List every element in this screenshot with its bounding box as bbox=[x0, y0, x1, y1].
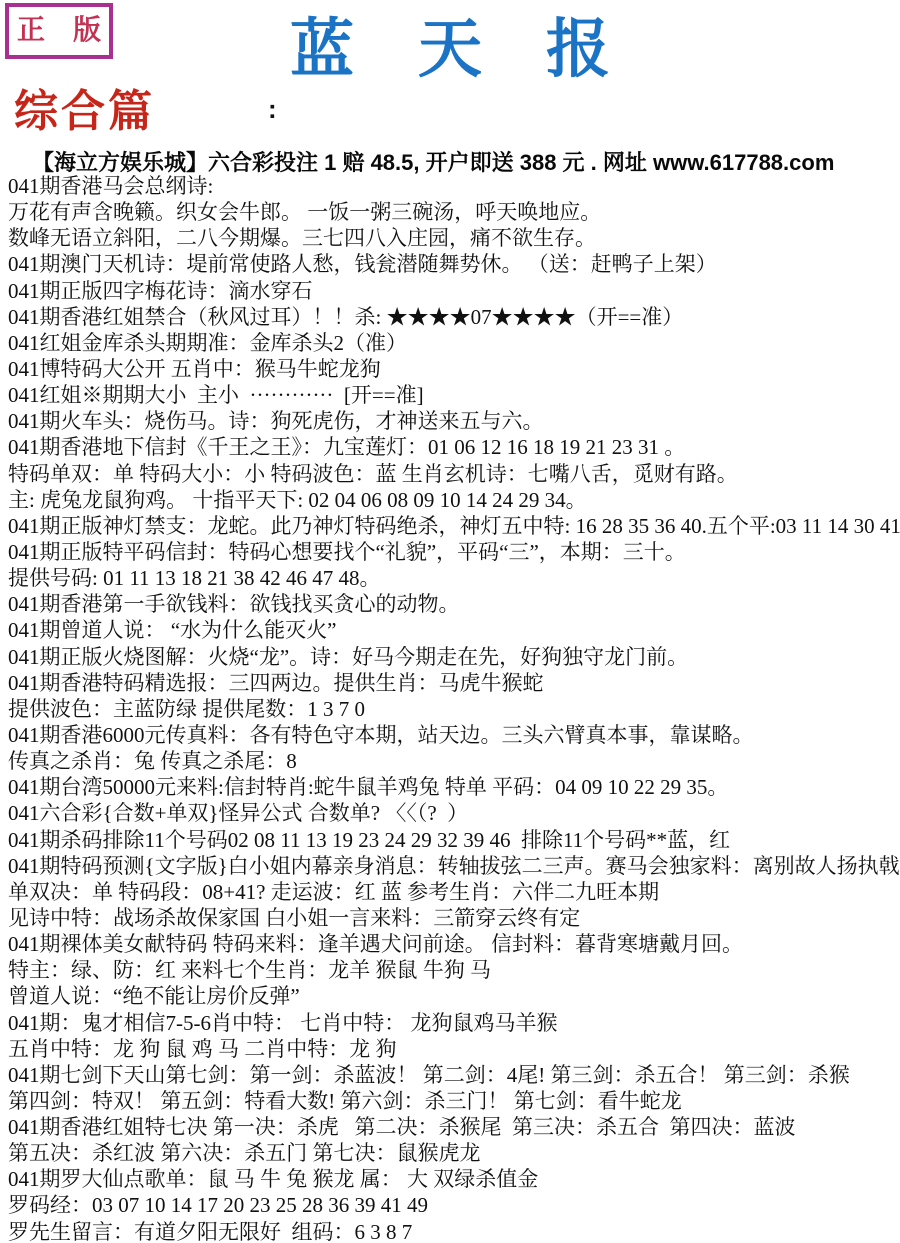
body-line-40: 罗码经：03 07 10 14 17 20 23 25 28 36 39 41 … bbox=[8, 1192, 900, 1218]
body-line-19: 041期正版火烧图解：火烧“龙”。诗：好马今期走在先，好狗独守龙门前。 bbox=[8, 644, 900, 670]
body-line-23: 传真之杀肖：兔 传真之杀尾：8 bbox=[8, 748, 900, 774]
newspaper-page: 正 版 蓝 天 报 综合篇 : 【海立方娱乐城】六合彩投注 1 赔 48.5, … bbox=[0, 0, 900, 1243]
body-line-25: 041六合彩{合数+单双}怪异公式 合数单? 〈〈（? ） bbox=[8, 800, 900, 826]
body-line-26: 041期杀码排除11个号码02 08 11 13 19 23 24 29 32 … bbox=[8, 827, 900, 853]
body-lines: 041期香港马会总纲诗:万花有声含晚籁。织女会牛郎。 一饭一粥三碗汤，呼天唤地应… bbox=[8, 173, 900, 1243]
body-line-3: 数峰无语立斜阳，二八今期爆。三七四八入庄园，痛不欲生存。 bbox=[8, 225, 900, 251]
body-line-11: 041期香港地下信封《千王之王》：九宝莲灯：01 06 12 16 18 19 … bbox=[8, 434, 900, 460]
body-line-27: 041期特码预测{文字版}白小姐内幕亲身消息：转轴拔弦二三声。赛马会独家料：离别… bbox=[8, 853, 900, 879]
body-line-17: 041期香港第一手欲钱料：欲钱找买贪心的动物。 bbox=[8, 591, 900, 617]
body-line-7: 041红姐金库杀头期期准：金库杀头2（准） bbox=[8, 330, 900, 356]
body-line-33: 041期：鬼才相信7-5-6肖中特： 七肖中特： 龙狗鼠鸡马羊猴 bbox=[8, 1010, 900, 1036]
body-line-21: 提供波色：主蓝防绿 提供尾数：1 3 7 0 bbox=[8, 696, 900, 722]
body-line-22: 041期香港6000元传真料：各有特色守本期，站天边。三头六臂真本事，靠谋略。 bbox=[8, 722, 900, 748]
body-line-9: 041红姐※期期大小 主小 ············ [开==准] bbox=[8, 382, 900, 408]
body-line-35: 041期七剑下天山第七剑：第一剑：杀蓝波！ 第二剑：4尾! 第三剑：杀五合！ 第… bbox=[8, 1062, 900, 1088]
body-line-16: 提供号码: 01 11 13 18 21 38 42 46 47 48。 bbox=[8, 565, 900, 591]
body-line-6: 041期香港红姐禁合（秋风过耳）！！杀: ★★★★07★★★★（开==准） bbox=[8, 304, 900, 330]
body-line-29: 见诗中特：战场杀故保家国 白小姐一言来料：三箭穿云终有定 bbox=[8, 905, 900, 931]
page-title: 蓝 天 报 bbox=[0, 12, 900, 89]
body-line-28: 单双决：单 特码段：08+41? 走运波：红 蓝 参考生肖：六伴二九旺本期 bbox=[8, 879, 900, 905]
body-line-20: 041期香港特码精选报：三四两边。提供生肖：马虎牛猴蛇 bbox=[8, 670, 900, 696]
body-line-13: 主: 虎兔龙鼠狗鸡。 十指平天下: 02 04 06 08 09 10 14 2… bbox=[8, 487, 900, 513]
body-line-8: 041博特码大公开 五肖中：猴马牛蛇龙狗 bbox=[8, 356, 900, 382]
body-line-38: 第五决：杀红波 第六决：杀五门 第七决：鼠猴虎龙 bbox=[8, 1140, 900, 1166]
body-line-5: 041期正版四字梅花诗：滴水穿石 bbox=[8, 278, 900, 304]
body-line-30: 041期裸体美女献特码 特码来料：逢羊遇犬问前途。 信封料：暮背寒塘戴月回。 bbox=[8, 931, 900, 957]
body-line-10: 041期火车头：烧伤马。诗：狗死虎伤，才神送来五与六。 bbox=[8, 408, 900, 434]
body-line-36: 第四剑：特双！ 第五剑：特看大数! 第六剑：杀三门！ 第七剑：看牛蛇龙 bbox=[8, 1088, 900, 1114]
body-line-24: 041期台湾50000元来料:信封特肖:蛇牛鼠羊鸡兔 特单 平码：04 09 1… bbox=[8, 774, 900, 800]
body-line-12: 特码单双：单 特码大小：小 特码波色：蓝 生肖玄机诗：七嘴八舌，觅财有路。 bbox=[8, 461, 900, 487]
body-line-14: 041期正版神灯禁支：龙蛇。此乃神灯特码绝杀，神灯五中特: 16 28 35 3… bbox=[8, 513, 900, 539]
body-line-4: 041期澳门天机诗：堤前常使路人愁，钱瓮潜随舞势休。 （送：赶鸭子上架） bbox=[8, 251, 900, 277]
body-line-1: 041期香港马会总纲诗: bbox=[8, 173, 900, 199]
body-line-2: 万花有声含晚籁。织女会牛郎。 一饭一粥三碗汤，呼天唤地应。 bbox=[8, 199, 900, 225]
body-line-37: 041期香港红姐特七决 第一决：杀虎 第二决：杀猴尾 第三决：杀五合 第四决：蓝… bbox=[8, 1114, 900, 1140]
section-title: 综合篇 bbox=[14, 88, 155, 136]
body-line-39: 041期罗大仙点歌单：鼠 马 牛 兔 猴龙 属： 大 双绿杀值金 bbox=[8, 1166, 900, 1192]
section-colon: : bbox=[268, 94, 277, 125]
body-line-18: 041期曾道人说： “水为什么能灭火” bbox=[8, 617, 900, 643]
body-line-15: 041期正版特平码信封：特码心想要找个“礼貌”，平码“三”，本期：三十。 bbox=[8, 539, 900, 565]
body-line-32: 曾道人说：“绝不能让房价反弹” bbox=[8, 983, 900, 1009]
body-line-34: 五肖中特：龙 狗 鼠 鸡 马 二肖中特：龙 狗 bbox=[8, 1036, 900, 1062]
body-line-31: 特主：绿、防：红 来料七个生肖：龙羊 猴鼠 牛狗 马 bbox=[8, 957, 900, 983]
body-line-41: 罗先生留言：有道夕阳无限好 组码：6 3 8 7 bbox=[8, 1219, 900, 1243]
